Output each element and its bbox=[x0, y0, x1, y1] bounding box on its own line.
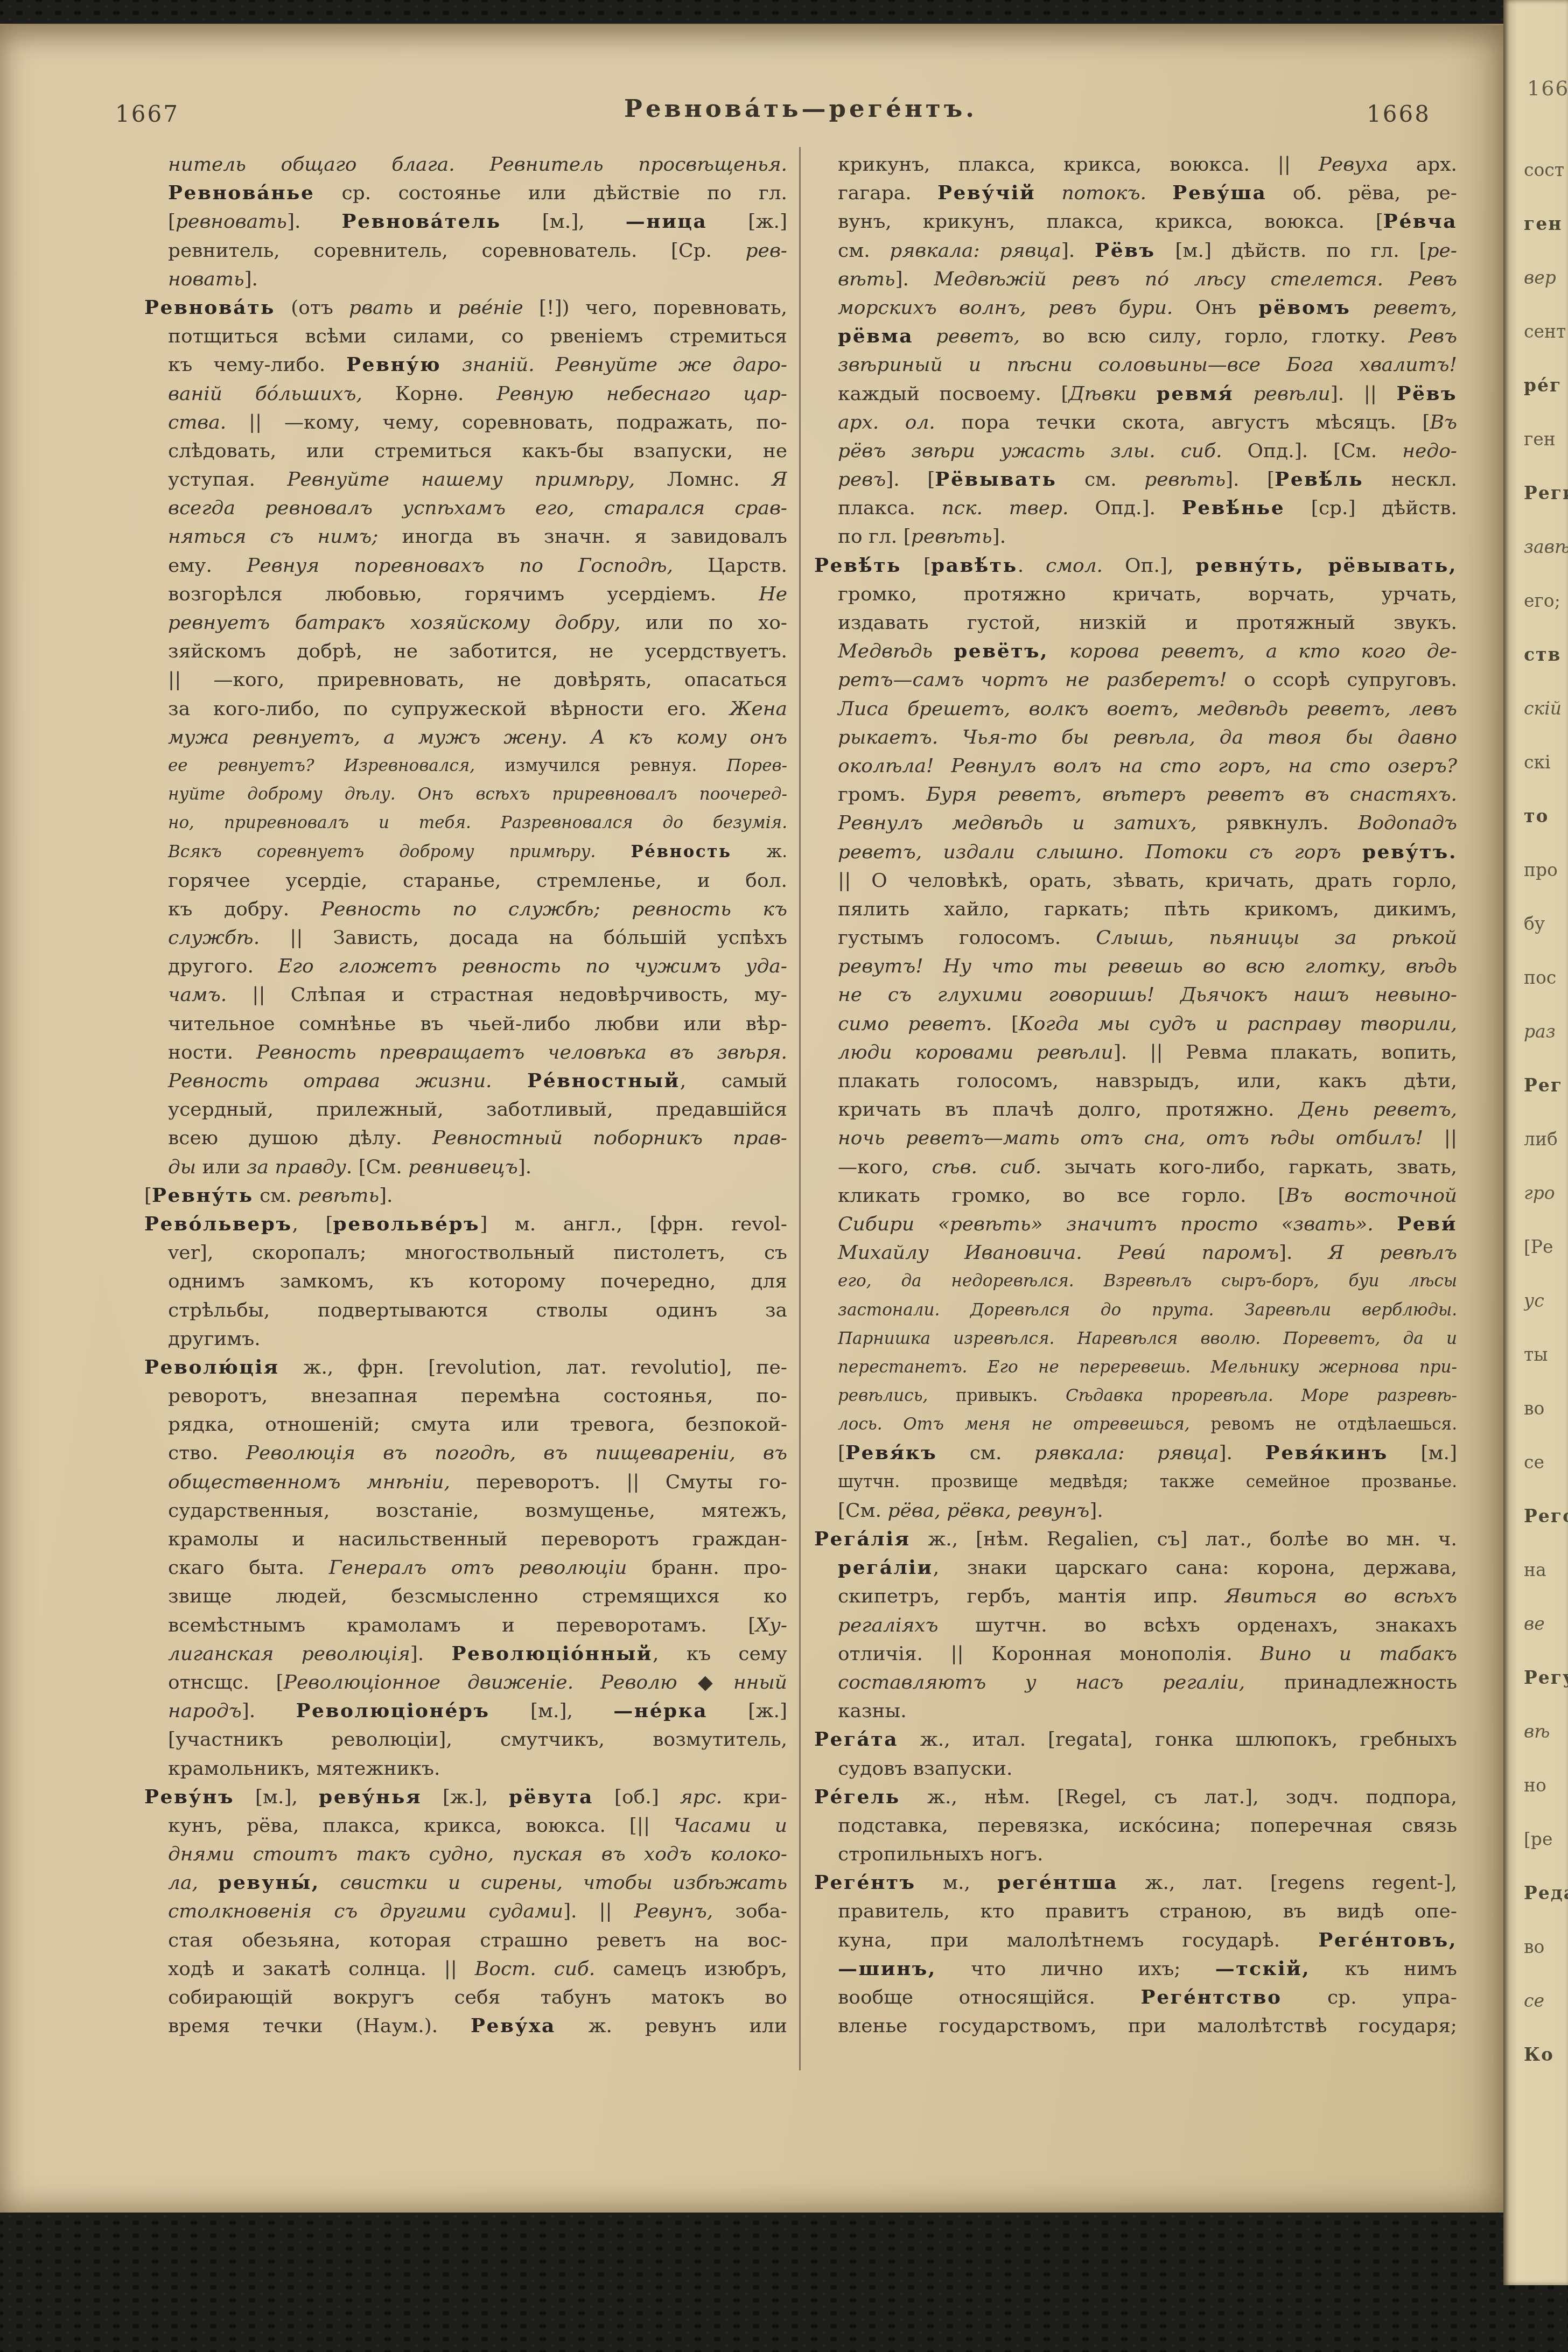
text-line: ver], скоропалъ; многоствольный пистолет… bbox=[144, 1238, 787, 1267]
text-line: см. рявкала: рявца]. Рёвъ [м.] дѣйств. п… bbox=[814, 236, 1457, 265]
text-line: густымъ голосомъ. Слышь, пьяницы за рѣко… bbox=[814, 923, 1457, 952]
text-line: нуйте доброму дѣлу. Онъ всѣхъ приревнова… bbox=[144, 780, 787, 809]
text-line: реворотъ, внезапная перемѣна состоянья, … bbox=[144, 1382, 787, 1410]
text-line: стрѣльбы, подвертываются стволы одинъ за bbox=[144, 1296, 787, 1325]
text-line: —кого, сѣв. сиб. зычать кого-либо, гарка… bbox=[814, 1153, 1457, 1181]
text-line: ретъ—самъ чортъ не разберетъ! о ссорѣ су… bbox=[814, 666, 1457, 694]
next-page-text-fragment: ств bbox=[1524, 644, 1568, 665]
text-line: потщиться всѣми силами, со рвеніемъ стре… bbox=[144, 322, 787, 351]
next-page-text-fragment: гро bbox=[1524, 1182, 1568, 1203]
next-page-text-fragment: ус bbox=[1524, 1290, 1568, 1311]
text-line: къ чему-либо. Ревну́ю знаній. Ревнуйте ж… bbox=[144, 351, 787, 379]
text-line: за кого-либо, по супружеской вѣрности ег… bbox=[144, 695, 787, 723]
next-page-text-fragment: Реда bbox=[1524, 1882, 1568, 1903]
text-line: скипетръ, гербъ, мантія ипр. Явиться во … bbox=[814, 1582, 1457, 1611]
text-line: по гл. [ревѣть]. bbox=[814, 522, 1457, 551]
text-line: —шинъ, что лично ихъ; —тскій, къ нимъ bbox=[814, 1955, 1457, 1983]
text-line: крикунъ, плакса, крикса, воюкса. || Реву… bbox=[814, 150, 1457, 179]
text-line: однимъ замкомъ, къ которому почередно, д… bbox=[144, 1267, 787, 1296]
next-page-text-fragment: вѣ bbox=[1524, 1721, 1568, 1742]
text-line: ваній бо́льшихъ, Корнѳ. Ревную небеснаго… bbox=[144, 380, 787, 408]
next-page-text-fragment: [Ре bbox=[1524, 1236, 1568, 1257]
text-line: Реге́нтъ м., реге́нтша ж., лат. [regens … bbox=[814, 1868, 1457, 1897]
text-line: Парнишка изревѣлся. Наревѣлся вволю. Пор… bbox=[814, 1325, 1457, 1353]
next-page-text-fragment: на bbox=[1524, 1559, 1568, 1580]
page-header-title: Ревнова́ть—реге́нтъ. bbox=[262, 94, 1339, 123]
text-line: службѣ. || Зависть, досада на бо́льшій у… bbox=[144, 923, 787, 952]
next-page-text-fragment: ре́г bbox=[1524, 375, 1568, 396]
text-line: ревнуетъ батракъ хозяйскому добру, или п… bbox=[144, 608, 787, 637]
next-page-text-fragment: завѣ bbox=[1524, 536, 1568, 557]
text-line: Сибири «ревѣть» значитъ просто «звать». … bbox=[814, 1210, 1457, 1238]
text-line: ла, ревуны́, свистки и сирены, чтобы изб… bbox=[144, 1868, 787, 1897]
text-line: Рега́лія ж., [нѣм. Regalien, съ] лат., б… bbox=[814, 1525, 1457, 1553]
text-line: къ добру. Ревность по службѣ; ревность к… bbox=[144, 895, 787, 923]
text-line: общественномъ мнѣніи, переворотъ. || Сму… bbox=[144, 1468, 787, 1496]
text-line: [ревновать]. Ревнова́тель [м.], —ница [ж… bbox=[144, 207, 787, 236]
text-line: подставка, перевязка, иско́сина; попереч… bbox=[814, 1811, 1457, 1840]
text-line: || О человѣкѣ, орать, зѣвать, кричать, д… bbox=[814, 866, 1457, 895]
text-line: Лиса брешетъ, волкъ воетъ, медвѣдь ревет… bbox=[814, 695, 1457, 723]
text-line: Ревность отрава жизни. Ре́вностный, самы… bbox=[144, 1067, 787, 1095]
text-line: но, приревновалъ и тебя. Разревновался д… bbox=[144, 809, 787, 837]
text-line: рёвма реветъ, во всю силу, горло, глотку… bbox=[814, 322, 1457, 351]
text-line: новать]. bbox=[144, 265, 787, 293]
text-line: Медвѣдь ревётъ, корова реветъ, а кто ког… bbox=[814, 637, 1457, 666]
text-line: морскихъ волнъ, ревъ бури. Онъ рёвомъ ре… bbox=[814, 293, 1457, 322]
text-line: народъ]. Революціоне́ръ [м.], —не́рка [ж… bbox=[144, 1697, 787, 1725]
text-line: куна, при малолѣтнемъ государѣ. Реге́нто… bbox=[814, 1926, 1457, 1955]
next-page-text-fragment: его; bbox=[1524, 590, 1568, 611]
text-line: лиганская революція]. Революціо́нный, къ… bbox=[144, 1640, 787, 1668]
next-page-text-fragment: пос bbox=[1524, 967, 1568, 988]
text-line: ее ревнуетъ? Изревновался, измучился рев… bbox=[144, 752, 787, 780]
text-line: всею душою дѣлу. Ревностный поборникъ пр… bbox=[144, 1124, 787, 1152]
text-line: стая обезьяна, которая страшно реветъ на… bbox=[144, 1926, 787, 1955]
text-line: усердный, прилежный, заботливый, предавш… bbox=[144, 1095, 787, 1124]
text-line: [Ревя́къ см. рявкала: рявца]. Ревя́кинъ … bbox=[814, 1439, 1457, 1467]
text-line: рядка, отношеній; смута или тревога, без… bbox=[144, 1410, 787, 1439]
text-line: [участникъ революціи], смутчикъ, возмути… bbox=[144, 1725, 787, 1754]
text-line: Рево́льверъ, [револьве́ръ] м. англ., [фр… bbox=[144, 1210, 787, 1238]
text-line: время течки (Наум.). Реву́ха ж. ревунъ и… bbox=[144, 2012, 787, 2040]
text-line: ревнитель, соревнитель, соревнователь. [… bbox=[144, 236, 787, 265]
text-line: Ревнулъ медвѣдь и затихъ, рявкнулъ. Водо… bbox=[814, 809, 1457, 837]
text-line: громко, протяжно кричать, ворчать, урчат… bbox=[814, 580, 1457, 608]
text-line: лось. Отъ меня не отревешься, ревомъ не … bbox=[814, 1410, 1457, 1439]
text-line: [Ревну́ть см. ревѣть]. bbox=[144, 1181, 787, 1210]
text-line: другимъ. bbox=[144, 1325, 787, 1353]
text-line: [См. рёва, рёвка, ревунъ]. bbox=[814, 1496, 1457, 1525]
next-page-text-fragment: сост bbox=[1524, 159, 1568, 180]
next-page-text-fragment: ген bbox=[1524, 213, 1568, 234]
next-page-text-fragment: ве bbox=[1524, 1613, 1568, 1634]
text-line: казны. bbox=[814, 1697, 1457, 1725]
text-line: звѣриный и пѣсни соловьины—все Бога хвал… bbox=[814, 351, 1457, 379]
scan-background: 1669 состгенверсентре́ггенРегисзавѣего;с… bbox=[0, 0, 1568, 2352]
text-line: судовъ взапуски. bbox=[814, 1754, 1457, 1783]
text-line: возгорѣлся любовью, горячимъ усердіемъ. … bbox=[144, 580, 787, 608]
text-line: кликать громко, во все горло. [Въ восточ… bbox=[814, 1181, 1457, 1210]
text-line: вленье государствомъ, при малолѣтствѣ го… bbox=[814, 2012, 1457, 2040]
next-page-text-fragment: но bbox=[1524, 1775, 1568, 1796]
text-line: гагара. Реву́чій потокъ. Реву́ша об. рёв… bbox=[814, 179, 1457, 207]
text-line: Ре́гель ж., нѣм. [Regel, съ лат.], зодч.… bbox=[814, 1783, 1457, 1811]
text-line: пялить хайло, гаркать; пѣть крикомъ, дик… bbox=[814, 895, 1457, 923]
text-line: правитель, кто правитъ страною, въ видѣ … bbox=[814, 1897, 1457, 1926]
text-line: Револю́ція ж., фрн. [revolution, лат. re… bbox=[144, 1353, 787, 1382]
text-line: чамъ. || Слѣпая и страстная недовѣрчивос… bbox=[144, 981, 787, 1009]
text-line: Ревнова́ть (отъ рвать и рве́ніе [!]) чег… bbox=[144, 293, 787, 322]
text-line: шутчн. прозвище медвѣдя; также семейное … bbox=[814, 1468, 1457, 1496]
page-number-right: 1668 bbox=[1367, 101, 1431, 127]
text-line: вунъ, крикунъ, плакса, крикса, воюкса. [… bbox=[814, 207, 1457, 236]
text-line: Рега́та ж., итал. [regata], гонка шлюпок… bbox=[814, 1725, 1457, 1754]
text-line: вообще относящійся. Реге́нтство ср. упра… bbox=[814, 1983, 1457, 2012]
text-line: уступая. Ревнуйте нашему примѣру, Ломнс.… bbox=[144, 465, 787, 494]
text-line: днями стоитъ такъ судно, пуская въ ходъ … bbox=[144, 1840, 787, 1868]
text-line: отнсщс. [Революціонное движеніе. Револю◆… bbox=[144, 1668, 787, 1697]
next-page-text-fragment: ты bbox=[1524, 1344, 1568, 1365]
next-page-text-fragment: скі bbox=[1524, 752, 1568, 773]
next-page-text-fragment: Рег bbox=[1524, 1075, 1568, 1096]
next-page-text-fragment: скій bbox=[1524, 698, 1568, 719]
text-line: застонали. Доревѣлся до прута. Заревѣли … bbox=[814, 1296, 1457, 1325]
text-line: Михайлу Ивановича. Реви́ паромъ]. Я ревѣ… bbox=[814, 1238, 1457, 1267]
text-line: Ревѣ́ть [равѣ́ть. смол. Оп.], ревну́ть, … bbox=[814, 551, 1457, 580]
text-line: ревутъ! Ну что ты ревешь во всю глотку, … bbox=[814, 952, 1457, 981]
text-line: арх. ол. пора течки скота, августъ мѣсяц… bbox=[814, 408, 1457, 437]
text-line: люди коровами ревѣли]. || Ревма плакать,… bbox=[814, 1038, 1457, 1067]
text-line: чительное сомнѣнье въ чьей-либо любви ил… bbox=[144, 1010, 787, 1038]
text-line: рыкаетъ. Чья-то бы ревѣла, да твоя бы да… bbox=[814, 723, 1457, 752]
text-line: || —кого, приревновать, не довѣрять, опа… bbox=[144, 666, 787, 694]
text-line: мужа ревнуетъ, а мужъ жену. А къ кому он… bbox=[144, 723, 787, 752]
text-line: реветъ, издали слышно. Потоки съ горъ ре… bbox=[814, 838, 1457, 866]
text-line: не съ глухими говоришь! Дьячокъ нашъ нев… bbox=[814, 981, 1457, 1009]
next-page-text-fragment: [ре bbox=[1524, 1829, 1568, 1850]
next-page-number: 1669 bbox=[1527, 76, 1568, 100]
text-line: рега́ліи, знаки царскаго сана: корона, д… bbox=[814, 1553, 1457, 1582]
text-line: ночь реветъ—мать отъ сна, отъ ѣды отбилъ… bbox=[814, 1124, 1457, 1152]
next-page-text-fragment: вер bbox=[1524, 267, 1568, 288]
text-line: нитель общаго блага. Ревнитель просвѣщен… bbox=[144, 150, 787, 179]
text-line: перестанетъ. Его не переревешь. Мельнику… bbox=[814, 1353, 1457, 1382]
text-line: издавать густой, низкій и протяжный звук… bbox=[814, 608, 1457, 637]
text-line: рёвъ звѣри ужасть злы. сиб. Опд.]. [См. … bbox=[814, 437, 1457, 465]
text-line: плакать голосомъ, навзрыдъ, или, какъ дѣ… bbox=[814, 1067, 1457, 1095]
next-page-text-fragment: ген bbox=[1524, 429, 1568, 450]
text-line: сударственныя, возстаніе, возмущенье, мя… bbox=[144, 1496, 787, 1525]
text-line: стропильныхъ ногъ. bbox=[814, 1840, 1457, 1868]
text-line: регаліяхъ шутчн. во всѣхъ орденахъ, знак… bbox=[814, 1611, 1457, 1640]
text-line: столкновенія съ другими судами]. || Реву… bbox=[144, 1897, 787, 1926]
next-page-text-fragment: бу bbox=[1524, 913, 1568, 934]
text-line: плакса. пск. твер. Опд.]. Ревѣ́нье [ср.]… bbox=[814, 494, 1457, 522]
page-number-left: 1667 bbox=[115, 101, 179, 127]
text-line: звище людей, безсмысленно стремящихся ко bbox=[144, 1582, 787, 1611]
text-line: составляютъ у насъ регаліи, принадлежнос… bbox=[814, 1668, 1457, 1697]
text-line: ревѣлись, привыкъ. Сѣдавка проревѣла. Мо… bbox=[814, 1382, 1457, 1410]
next-page-text-fragment: во bbox=[1524, 1936, 1568, 1957]
next-page-edge: 1669 состгенверсентре́ггенРегисзавѣего;с… bbox=[1503, 0, 1568, 2285]
text-line: Всякъ соревнуетъ доброму примѣру. Ре́вно… bbox=[144, 838, 787, 866]
left-column: нитель общаго блага. Ревнитель просвѣщен… bbox=[144, 150, 787, 2056]
text-line: симо реветъ. [Когда мы судъ и расправу т… bbox=[814, 1010, 1457, 1038]
text-line: ходѣ и закатѣ солнца. || Вост. сиб. саме… bbox=[144, 1955, 787, 1983]
next-page-text-fragment: про bbox=[1524, 859, 1568, 880]
right-column: крикунъ, плакса, крикса, воюкса. || Реву… bbox=[814, 150, 1457, 2056]
next-page-text-fragment: либ bbox=[1524, 1129, 1568, 1150]
text-line: ности. Ревность превращаетъ человѣка въ … bbox=[144, 1038, 787, 1067]
text-line: околѣла! Ревнулъ волъ на сто горъ, на ст… bbox=[814, 752, 1457, 780]
text-line: ревъ]. [Рёвывать см. ревѣть]. [Ревѣ́ль н… bbox=[814, 465, 1457, 494]
text-line: другого. Его гложетъ ревность по чужимъ … bbox=[144, 952, 787, 981]
text-line: крамолы и насильственный переворотъ граж… bbox=[144, 1525, 787, 1553]
text-line: всегда ревновалъ успѣхамъ его, старался … bbox=[144, 494, 787, 522]
text-line: громъ. Буря реветъ, вѣтеръ реветъ въ сна… bbox=[814, 780, 1457, 809]
text-line: горячее усердіе, старанье, стремленье, и… bbox=[144, 866, 787, 895]
text-line: ство. Революція въ погодѣ, въ пищеварені… bbox=[144, 1439, 787, 1467]
next-page-text-fragment: Регот bbox=[1524, 1506, 1568, 1527]
next-page-text-fragment: во bbox=[1524, 1398, 1568, 1419]
text-line: крамольникъ, мятежникъ. bbox=[144, 1754, 787, 1783]
next-page-text-fragment: то bbox=[1524, 806, 1568, 827]
next-page-text-fragment: Регис bbox=[1524, 482, 1568, 503]
text-line: скаго быта. Генералъ отъ революціи бранн… bbox=[144, 1553, 787, 1582]
next-page-text-fragment: Ко bbox=[1524, 2044, 1568, 2065]
text-line: ды или за правду. [См. ревнивецъ]. bbox=[144, 1153, 787, 1181]
text-line: кричать въ плачѣ долго, протяжно. День р… bbox=[814, 1095, 1457, 1124]
text-line: ства. || —кому, чему, соревновать, подра… bbox=[144, 408, 787, 437]
text-line: каждый посвоему. [Дѣвки ревмя́ ревѣли]. … bbox=[814, 380, 1457, 408]
text-line: кунъ, рёва, плакса, крикса, воюкса. [|| … bbox=[144, 1811, 787, 1840]
text-line: отличія. || Коронная монополія. Вино и т… bbox=[814, 1640, 1457, 1668]
next-page-text-fragment: се bbox=[1524, 1990, 1568, 2011]
text-line: Реву́нъ [м.], реву́нья [ж.], рёвута [об.… bbox=[144, 1783, 787, 1811]
text-line: вѣть]. Медвѣжій ревъ по́ лѣсу стелется. … bbox=[814, 265, 1457, 293]
text-line: слѣдовать, или стремиться какъ-бы взапус… bbox=[144, 437, 787, 465]
text-line: всемѣстнымъ крамоламъ и переворотамъ. [Х… bbox=[144, 1611, 787, 1640]
text-line: няться съ нимъ; иногда въ значн. я завид… bbox=[144, 522, 787, 551]
next-page-text-fragment: Регул bbox=[1524, 1667, 1568, 1688]
dictionary-page: 1667 Ревнова́ть—реге́нтъ. 1668 нитель об… bbox=[0, 24, 1503, 2213]
text-line: ему. Ревнуя поревновахъ по Господѣ, Царс… bbox=[144, 551, 787, 580]
next-page-text-fragment: сент bbox=[1524, 321, 1568, 342]
text-line: зяйскомъ добрѣ, не заботится, не усердст… bbox=[144, 637, 787, 666]
text-line: Ревнова́нье ср. состоянье или дѣйствіе п… bbox=[144, 179, 787, 207]
column-divider-rule bbox=[799, 147, 801, 2070]
next-page-text-fragment: се bbox=[1524, 1452, 1568, 1473]
text-line: его, да недоревѣлся. Взревѣлъ сыръ-боръ,… bbox=[814, 1267, 1457, 1296]
next-page-text-fragment: раз bbox=[1524, 1021, 1568, 1042]
text-line: собирающій вокругъ себя табунъ матокъ во bbox=[144, 1983, 787, 2012]
